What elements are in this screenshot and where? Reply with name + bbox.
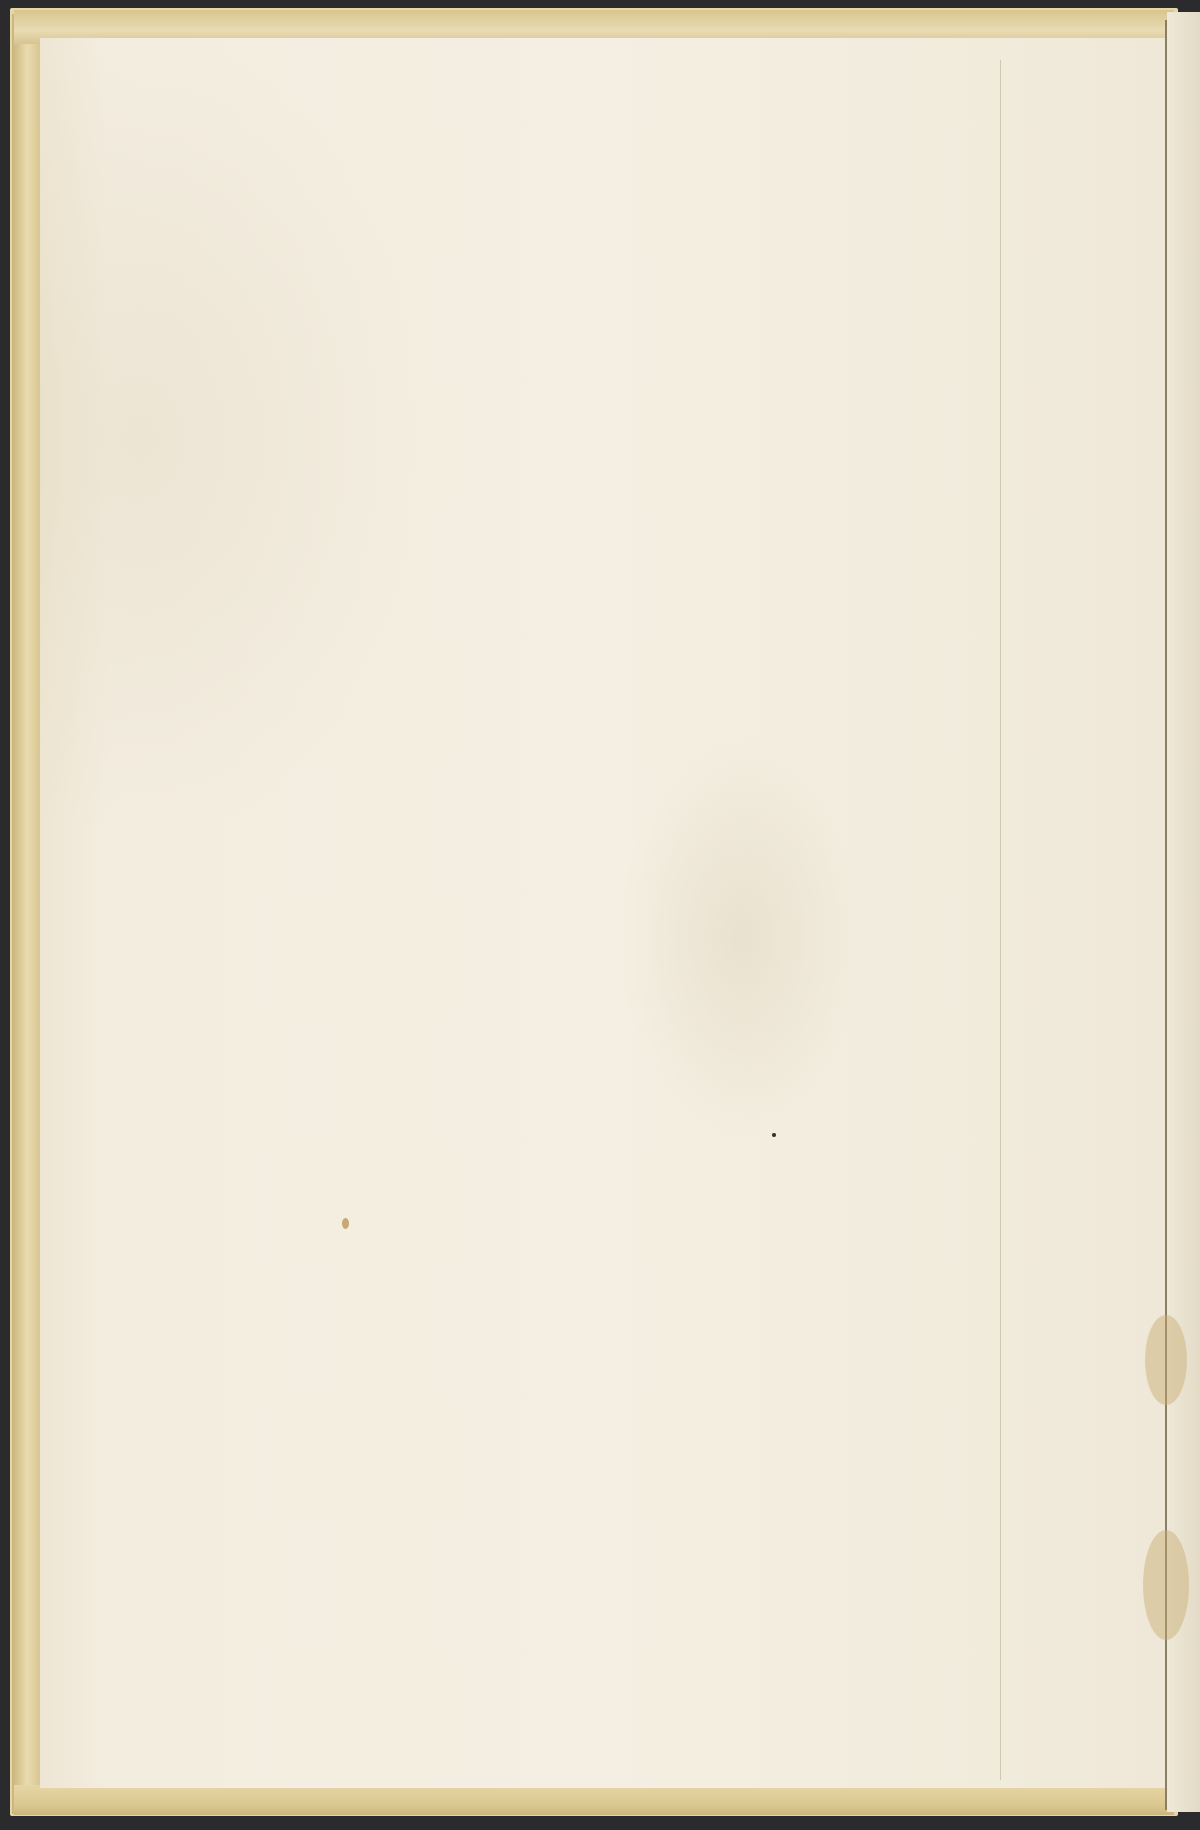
vellum-turn-in-left: [12, 14, 42, 1814]
foxing-spot: [342, 1218, 349, 1229]
water-stain: [1143, 1530, 1189, 1640]
water-stain: [1145, 1315, 1187, 1405]
vellum-turn-in-bottom: [14, 1785, 1174, 1815]
ink-dot: [772, 1133, 776, 1137]
paper-fold-edge: [80, 60, 1001, 1780]
